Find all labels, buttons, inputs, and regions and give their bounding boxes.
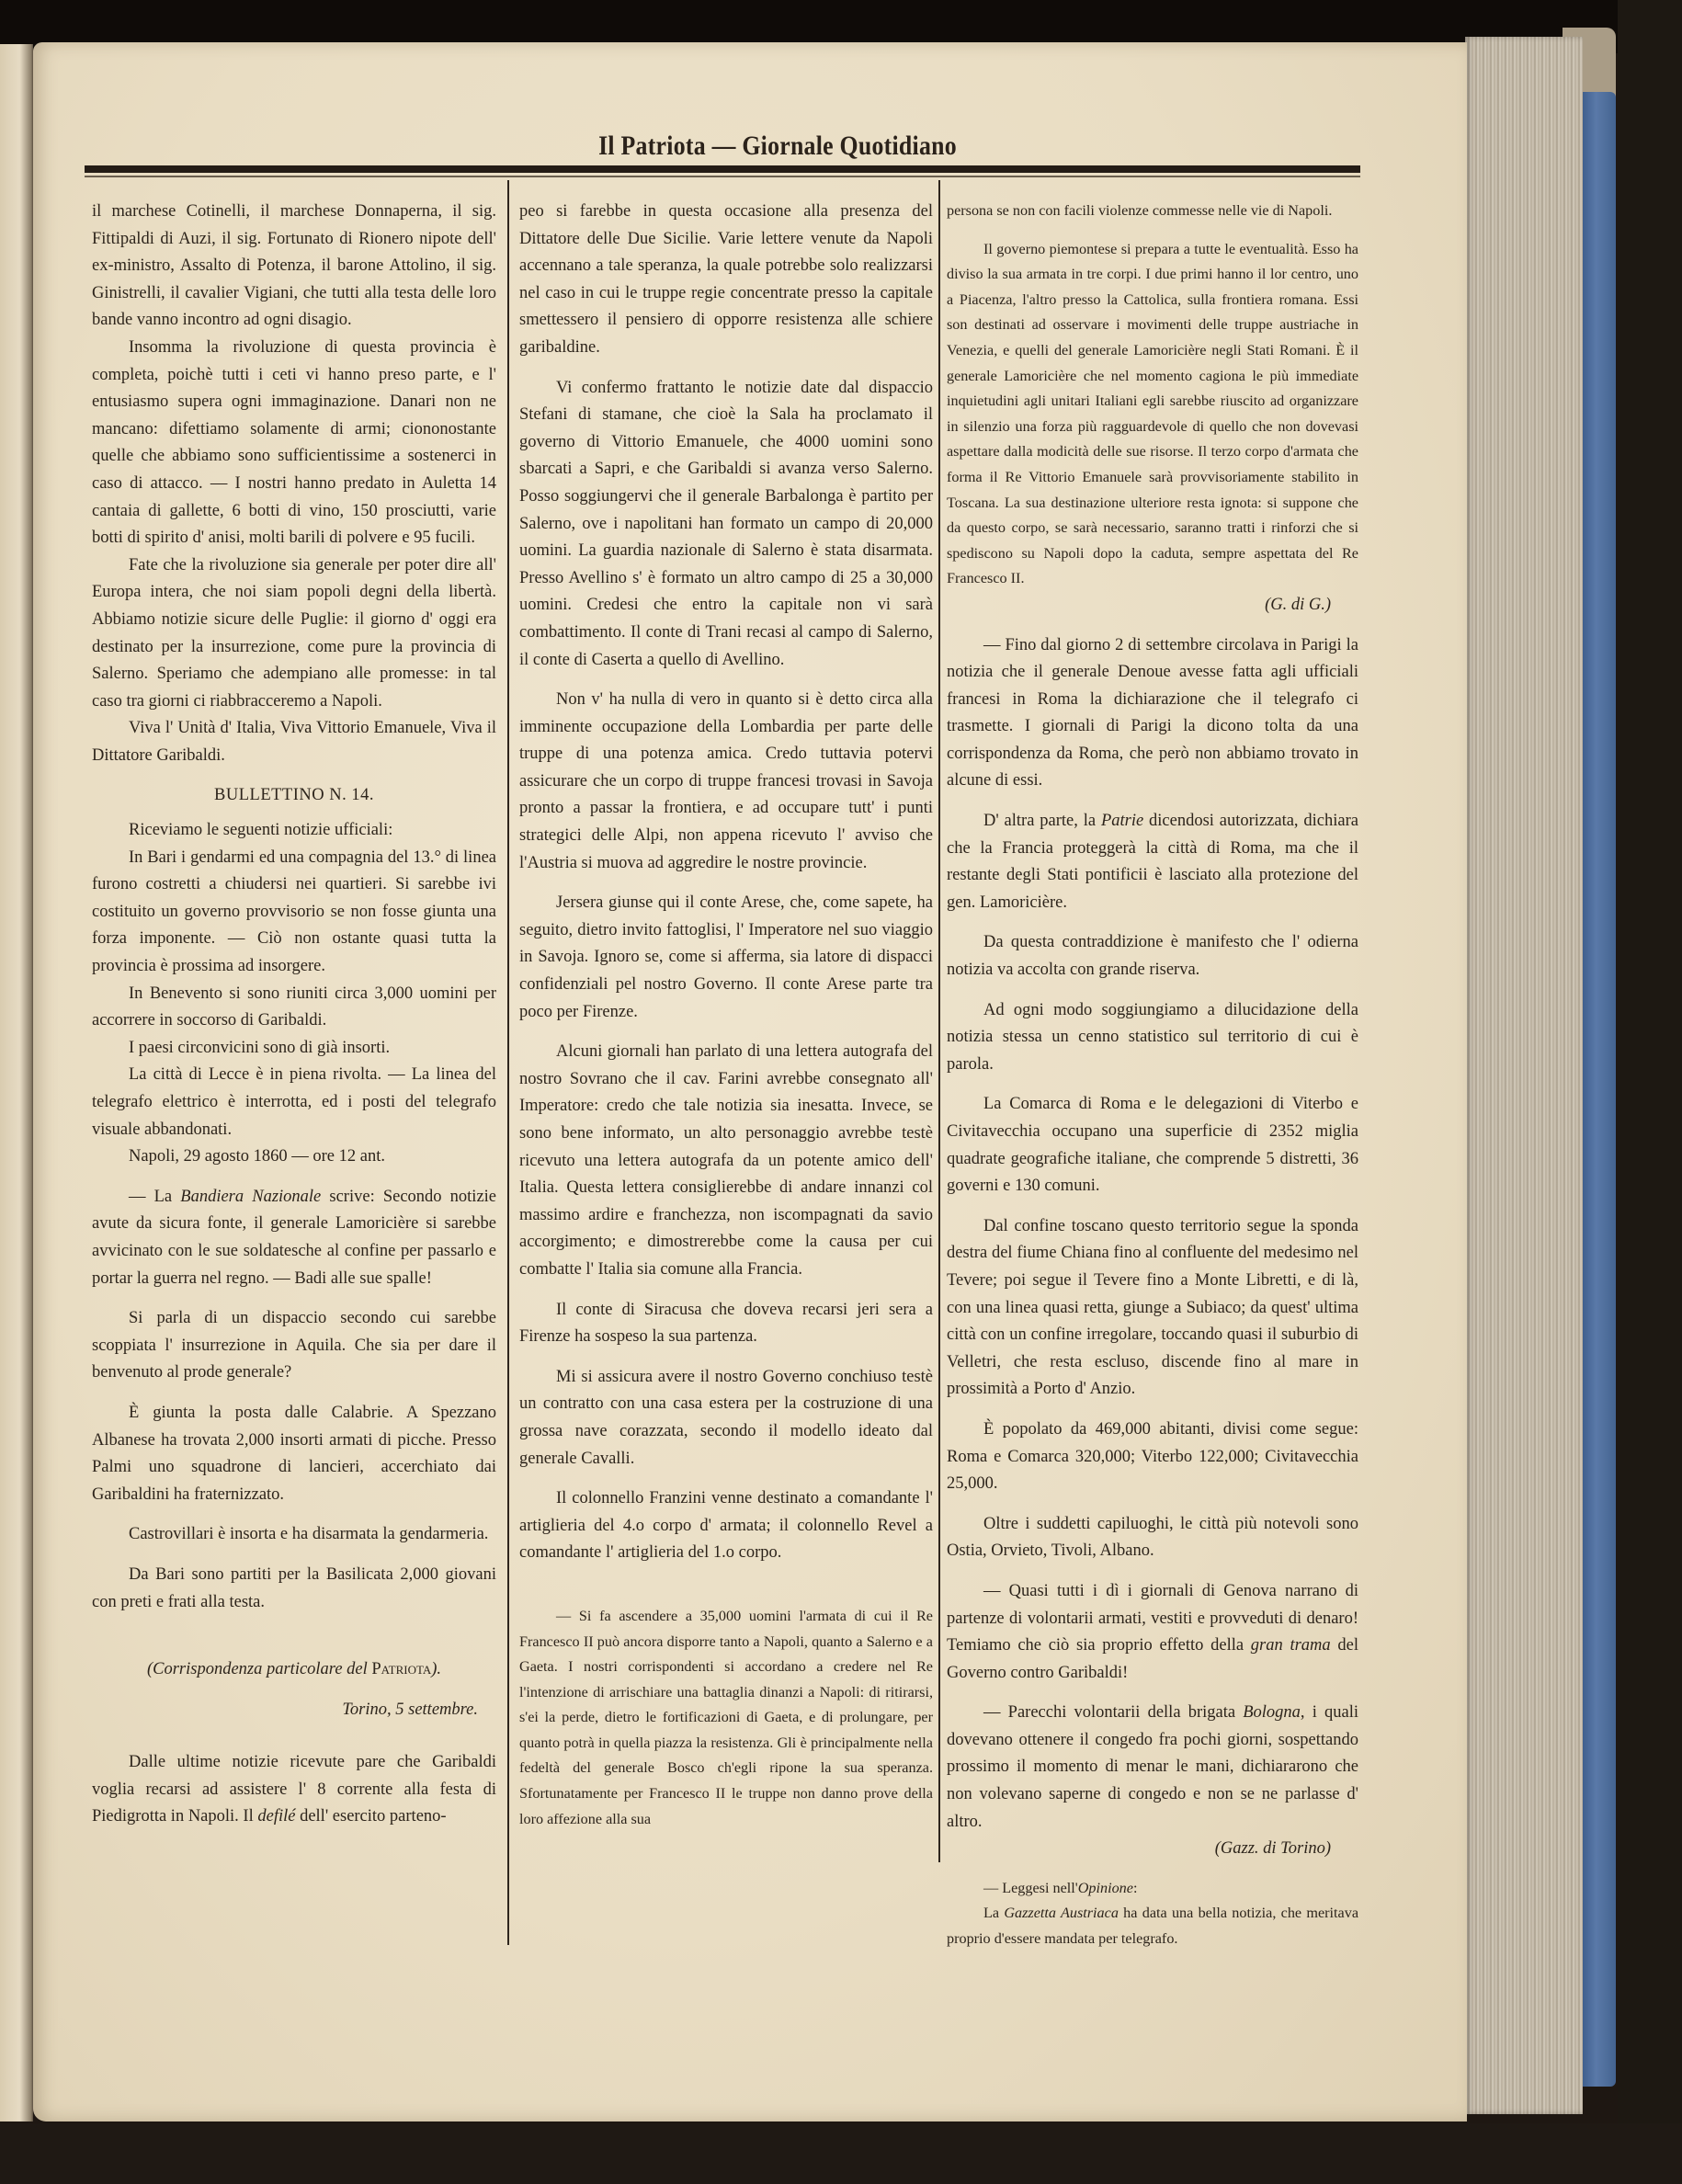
paragraph-text: Mi si assicura avere il nostro Governo c… bbox=[519, 1368, 933, 1468]
article-column-1: il marchese Cotinelli, il marchese Donna… bbox=[92, 199, 496, 1831]
article-column-3: persona se non con facili violenze comme… bbox=[947, 199, 1358, 1952]
paragraph-lead-text: — Parecchi volontarii della brigata bbox=[983, 1703, 1243, 1722]
article-paragraph: In Bari i gendarmi ed una compagnia del … bbox=[92, 845, 496, 981]
byline-tail: ). bbox=[431, 1660, 441, 1678]
article-paragraph: Napoli, 29 agosto 1860 — ore 12 ant. bbox=[92, 1143, 496, 1171]
paragraph-text: Vi confermo frattanto le notizie date da… bbox=[519, 379, 933, 669]
article-paragraph: Vi confermo frattanto le notizie date da… bbox=[519, 375, 933, 675]
article-paragraph: Si parla di un dispaccio secondo cui sar… bbox=[92, 1305, 496, 1387]
dateline: Torino, 5 settembre. bbox=[92, 1697, 496, 1724]
paragraph-lead-text: La bbox=[983, 1905, 1004, 1921]
article-column-2: peo si farebbe in questa occasione alla … bbox=[519, 199, 933, 1832]
article-paragraph: — Leggesi nell'Opinione: bbox=[947, 1876, 1358, 1902]
column-divider-2 bbox=[938, 180, 940, 1862]
previous-page-sliver bbox=[0, 44, 33, 2121]
paragraph-text: Alcuni giornali han parlato di una lette… bbox=[519, 1042, 933, 1279]
paragraph-text: (Gazz. di Torino) bbox=[1215, 1839, 1331, 1858]
column-divider-1 bbox=[507, 180, 509, 1945]
paragraph-text: , i quali dovevano ottenere il congedo f… bbox=[947, 1703, 1358, 1830]
masthead-title: Il Patriota — Giornale Quotidiano bbox=[580, 131, 975, 162]
page-edges-stack bbox=[1465, 37, 1583, 2114]
article-paragraph: La Comarca di Roma e le delegazioni di V… bbox=[947, 1091, 1358, 1200]
article-paragraph: La Gazzetta Austriaca ha data una bella … bbox=[947, 1901, 1358, 1951]
paragraph-text: dell' esercito parteno- bbox=[295, 1807, 446, 1826]
article-paragraph: D' altra parte, la Patrie dicendosi auto… bbox=[947, 808, 1358, 916]
paragraph-text: Ad ogni modo soggiungiamo a dilucidazion… bbox=[947, 1001, 1358, 1074]
article-paragraph: Il colonnello Franzini venne destinato a… bbox=[519, 1485, 933, 1567]
paragraph-text: In Benevento si sono riuniti circa 3,000… bbox=[92, 984, 496, 1030]
paragraph-text: In Bari i gendarmi ed una compagnia del … bbox=[92, 848, 496, 975]
article-paragraph: È popolato da 469,000 abitanti, divisi c… bbox=[947, 1416, 1358, 1498]
paragraph-text: Il colonnello Franzini venne destinato a… bbox=[519, 1489, 933, 1562]
article-paragraph: Dal confine toscano questo territorio se… bbox=[947, 1213, 1358, 1404]
article-paragraph: — Parecchi volontarii della brigata Bolo… bbox=[947, 1700, 1358, 1836]
paragraph-text: È giunta la posta dalle Calabrie. A Spez… bbox=[92, 1404, 496, 1504]
masthead-rule-thick bbox=[85, 165, 1360, 173]
correspondence-byline: (Corrispondenza particolare del Patriota… bbox=[92, 1656, 496, 1684]
paragraph-text: Insomma la rivoluzione di questa provinc… bbox=[92, 338, 496, 547]
italic-title: Bandiera Nazionale bbox=[180, 1188, 321, 1206]
paragraph-text: — Fino dal giorno 2 di settembre circola… bbox=[947, 636, 1358, 791]
paragraph-text: BULLETTINO N. 14. bbox=[214, 786, 374, 804]
scan-background-right bbox=[1618, 0, 1682, 2184]
paragraph-lead-text: — La bbox=[129, 1188, 180, 1206]
book-cover-blue bbox=[1583, 92, 1616, 2087]
paragraph-text: peo si farebbe in questa occasione alla … bbox=[519, 202, 933, 357]
article-paragraph: Dalle ultime notizie ricevute pare che G… bbox=[92, 1749, 496, 1831]
article-paragraph: Ad ogni modo soggiungiamo a dilucidazion… bbox=[947, 997, 1358, 1079]
italic-title: defilé bbox=[257, 1807, 295, 1826]
italic-title: Opinione bbox=[1078, 1880, 1133, 1896]
paragraph-text: È popolato da 469,000 abitanti, divisi c… bbox=[947, 1420, 1358, 1493]
source-attribution: (G. di G.) bbox=[947, 592, 1358, 620]
article-paragraph: In Benevento si sono riuniti circa 3,000… bbox=[92, 981, 496, 1035]
paragraph-text: il marchese Cotinelli, il marchese Donna… bbox=[92, 202, 496, 329]
paragraph-text: I paesi circonvicini sono di già insorti… bbox=[129, 1039, 390, 1057]
masthead-rule-thin bbox=[85, 176, 1360, 177]
article-paragraph: persona se non con facili violenze comme… bbox=[947, 199, 1358, 224]
article-paragraph: I paesi circonvicini sono di già insorti… bbox=[92, 1035, 496, 1063]
italic-title: Gazzetta Austriaca bbox=[1004, 1905, 1119, 1921]
paragraph-text: Il governo piemontese si prepara a tutte… bbox=[947, 241, 1358, 587]
article-paragraph: Fate che la rivoluzione sia generale per… bbox=[92, 552, 496, 716]
article-paragraph: Viva l' Unità d' Italia, Viva Vittorio E… bbox=[92, 715, 496, 769]
article-paragraph: peo si farebbe in questa occasione alla … bbox=[519, 199, 933, 362]
article-paragraph: — Fino dal giorno 2 di settembre circola… bbox=[947, 632, 1358, 796]
paragraph-text: Il conte di Siracusa che doveva recarsi … bbox=[519, 1301, 933, 1347]
paragraph-lead-text: D' altra parte, la bbox=[983, 812, 1101, 830]
paragraph-lead-text: — Leggesi nell' bbox=[983, 1880, 1078, 1896]
paragraph-text: (G. di G.) bbox=[1265, 596, 1331, 614]
paragraph-text: (Corrispondenza particolare del bbox=[147, 1660, 371, 1678]
article-paragraph: La città di Lecce è in piena rivolta. — … bbox=[92, 1062, 496, 1143]
italic-title: gran trama bbox=[1251, 1636, 1331, 1655]
paragraph-text: persona se non con facili violenze comme… bbox=[947, 202, 1332, 219]
article-paragraph: Jersera giunse qui il conte Arese, che, … bbox=[519, 890, 933, 1026]
paragraph-text: Dal confine toscano questo territorio se… bbox=[947, 1217, 1358, 1399]
paragraph-text: Napoli, 29 agosto 1860 — ore 12 ant. bbox=[129, 1147, 385, 1166]
source-attribution: (Gazz. di Torino) bbox=[947, 1836, 1358, 1863]
article-paragraph: Non v' ha nulla di vero in quanto si è d… bbox=[519, 687, 933, 877]
article-paragraph: — Quasi tutti i dì i giornali di Genova … bbox=[947, 1578, 1358, 1687]
newspaper-name-smallcaps: Patriota bbox=[371, 1660, 431, 1678]
paragraph-text: Jersera giunse qui il conte Arese, che, … bbox=[519, 893, 933, 1020]
paragraph-text: Castrovillari è insorta e ha disarmata l… bbox=[129, 1525, 488, 1543]
article-paragraph: Mi si assicura avere il nostro Governo c… bbox=[519, 1364, 933, 1473]
article-paragraph: Castrovillari è insorta e ha disarmata l… bbox=[92, 1521, 496, 1549]
article-paragraph: Il conte di Siracusa che doveva recarsi … bbox=[519, 1297, 933, 1351]
article-paragraph: Alcuni giornali han parlato di una lette… bbox=[519, 1039, 933, 1283]
paragraph-text: Da Bari sono partiti per la Basilicata 2… bbox=[92, 1565, 496, 1611]
paragraph-text: Oltre i suddetti capiluoghi, le città pi… bbox=[947, 1515, 1358, 1561]
article-paragraph: Oltre i suddetti capiluoghi, le città pi… bbox=[947, 1511, 1358, 1565]
paragraph-text: Fate che la rivoluzione sia generale per… bbox=[92, 556, 496, 711]
article-paragraph: Il governo piemontese si prepara a tutte… bbox=[947, 237, 1358, 592]
section-heading: BULLETTINO N. 14. bbox=[92, 782, 496, 810]
paragraph-text: — Si fa ascendere a 35,000 uomini l'arma… bbox=[519, 1608, 933, 1827]
paragraph-text: Da questa contraddizione è manifesto che… bbox=[947, 933, 1358, 979]
article-paragraph: il marchese Cotinelli, il marchese Donna… bbox=[92, 199, 496, 335]
italic-title: Patrie bbox=[1101, 812, 1143, 830]
article-paragraph: — Si fa ascendere a 35,000 uomini l'arma… bbox=[519, 1604, 933, 1832]
paragraph-text: Si parla di un dispaccio secondo cui sar… bbox=[92, 1309, 496, 1382]
article-paragraph: Da Bari sono partiti per la Basilicata 2… bbox=[92, 1562, 496, 1616]
italic-title: Bologna bbox=[1243, 1703, 1301, 1722]
paragraph-text: La Comarca di Roma e le delegazioni di V… bbox=[947, 1095, 1358, 1195]
paragraph-text: : bbox=[1133, 1880, 1138, 1896]
scan-background-bottom bbox=[0, 2123, 1682, 2184]
article-paragraph: Riceviamo le seguenti notizie ufficiali: bbox=[92, 817, 496, 845]
paragraph-text: Torino, 5 settembre. bbox=[342, 1701, 478, 1719]
article-paragraph: — La Bandiera Nazionale scrive: Secondo … bbox=[92, 1184, 496, 1292]
article-paragraph: È giunta la posta dalle Calabrie. A Spez… bbox=[92, 1400, 496, 1508]
article-paragraph: Insomma la rivoluzione di questa provinc… bbox=[92, 335, 496, 552]
paragraph-text: Viva l' Unità d' Italia, Viva Vittorio E… bbox=[92, 719, 496, 765]
paragraph-text: Riceviamo le seguenti notizie ufficiali: bbox=[129, 821, 392, 839]
paragraph-text: La città di Lecce è in piena rivolta. — … bbox=[92, 1065, 496, 1138]
paragraph-text: Non v' ha nulla di vero in quanto si è d… bbox=[519, 690, 933, 872]
article-paragraph: Da questa contraddizione è manifesto che… bbox=[947, 929, 1358, 984]
